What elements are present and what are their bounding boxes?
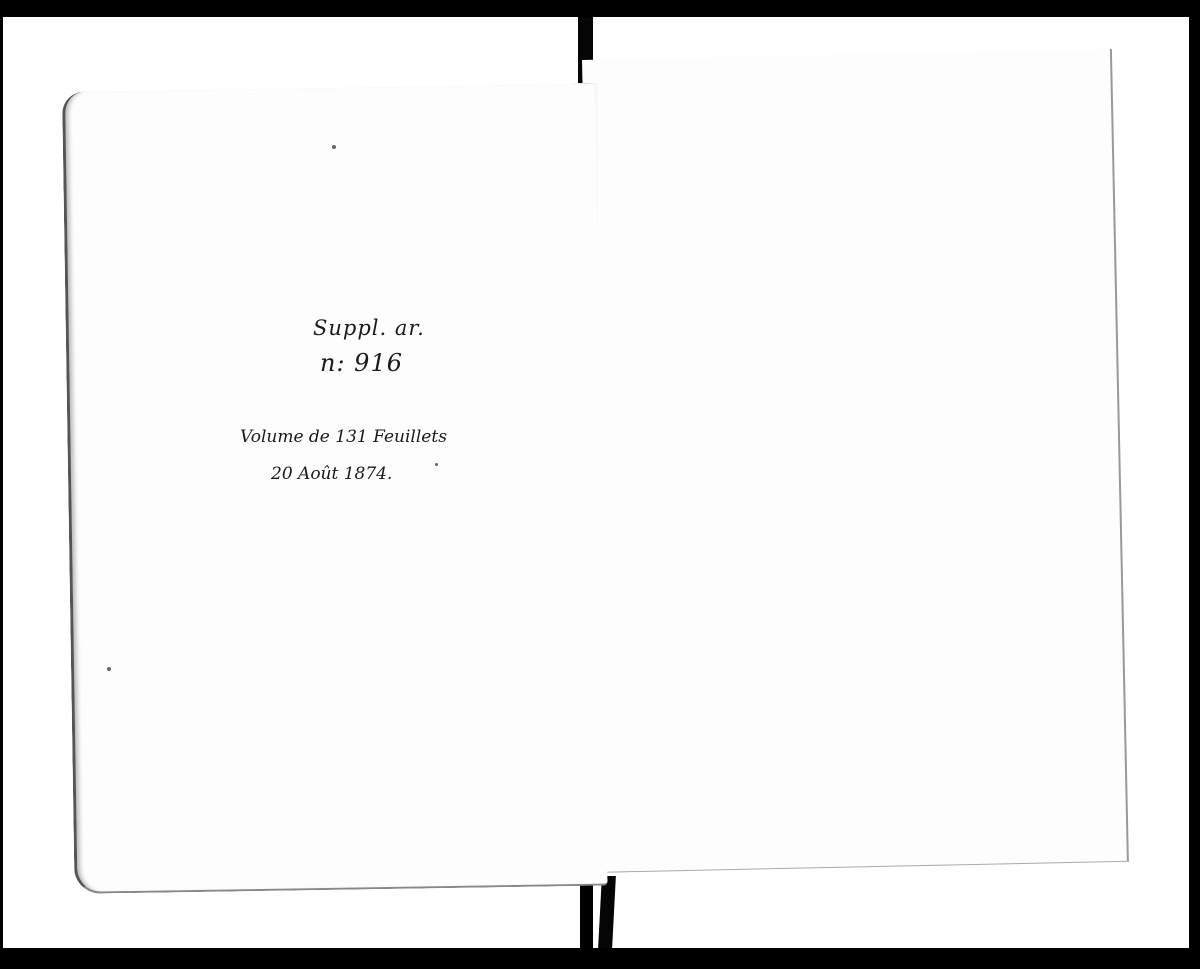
right-page xyxy=(582,49,1129,873)
date-note: 20 Août 1874. xyxy=(271,464,392,484)
paper-speck xyxy=(435,463,438,466)
paper-speck xyxy=(107,667,111,671)
paper-speck xyxy=(332,145,336,149)
shelfmark-number: n: 916 xyxy=(320,349,403,377)
left-page xyxy=(62,84,608,894)
scan-frame: Suppl. ar. n: 916 Volume de 131 Feuillet… xyxy=(0,0,1200,969)
shelfmark-collection: Suppl. ar. xyxy=(313,316,425,340)
folio-count-note: Volume de 131 Feuillets xyxy=(240,427,447,447)
